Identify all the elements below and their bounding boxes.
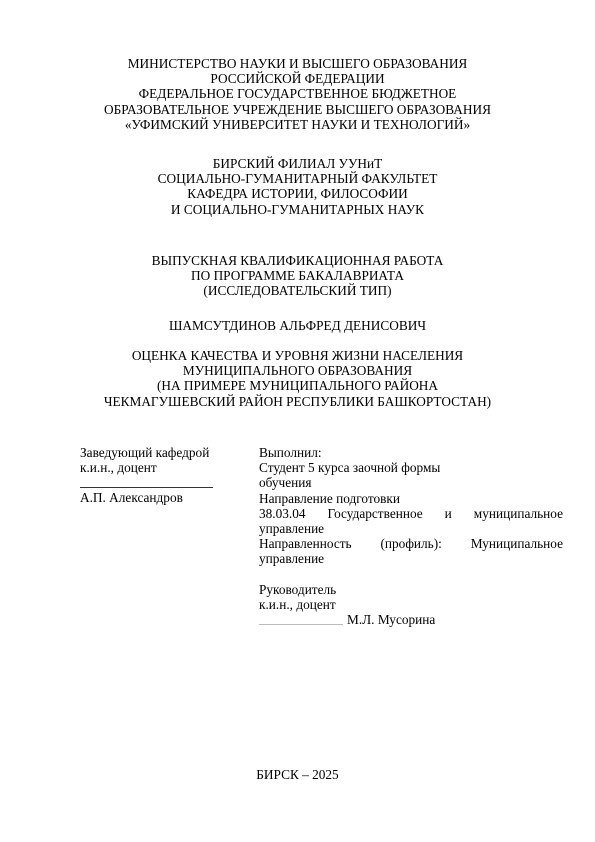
work-type-line: ВЫПУСКНАЯ КВАЛИФИКАЦИОННАЯ РАБОТА	[0, 253, 595, 268]
student-line: обучения	[259, 475, 563, 490]
student-line: Студент 5 курса заочной формы	[259, 460, 563, 475]
header-line: «УФИМСКИЙ УНИВЕРСИТЕТ НАУКИ И ТЕХНОЛОГИЙ…	[0, 117, 595, 132]
work-type-line: (ИССЛЕДОВАТЕЛЬСКИЙ ТИП)	[0, 283, 595, 298]
head-name: А.П. Александров	[80, 490, 240, 505]
performer-label: Выполнил:	[259, 445, 563, 460]
supervisor-label: Руководитель	[259, 582, 563, 597]
branch-line: КАФЕДРА ИСТОРИИ, ФИЛОСОФИИ	[0, 186, 595, 201]
head-degree: к.и.н., доцент	[80, 460, 240, 475]
title-line: МУНИЦИПАЛЬНОГО ОБРАЗОВАНИЯ	[0, 363, 595, 378]
signature-line	[259, 612, 343, 625]
signature-line	[80, 475, 213, 488]
profile-line: управление	[259, 551, 563, 566]
title-line: (НА ПРИМЕРЕ МУНИЦИПАЛЬНОГО РАЙОНА	[0, 378, 595, 393]
branch-line: СОЦИАЛЬНО-ГУМАНИТАРНЫЙ ФАКУЛЬТЕТ	[0, 171, 595, 186]
work-type: ВЫПУСКНАЯ КВАЛИФИКАЦИОННАЯ РАБОТА ПО ПРО…	[0, 253, 595, 299]
city-year: БИРСК – 2025	[0, 767, 595, 783]
direction-label: Направление подготовки	[259, 491, 563, 506]
head-of-department-block: Заведующий кафедрой к.и.н., доцент А.П. …	[80, 445, 240, 506]
branch-line: БИРСКИЙ ФИЛИАЛ УУНиТ	[0, 156, 595, 171]
supervisor-degree: к.и.н., доцент	[259, 597, 563, 612]
work-type-line: ПО ПРОГРАММЕ БАКАЛАВРИАТА	[0, 268, 595, 283]
header-line: ОБРАЗОВАТЕЛЬНОЕ УЧРЕЖДЕНИЕ ВЫСШЕГО ОБРАЗ…	[0, 102, 595, 117]
profile-line: Направленность (профиль): Муниципальное	[259, 536, 563, 551]
performer-block: Выполнил: Студент 5 курса заочной формы …	[259, 445, 563, 627]
direction-line: управление	[259, 521, 563, 536]
supervisor-signature-row: М.Л. Мусорина	[259, 612, 563, 627]
header-line: РОССИЙСКОЙ ФЕДЕРАЦИИ	[0, 71, 595, 86]
thesis-title: ОЦЕНКА КАЧЕСТВА И УРОВНЯ ЖИЗНИ НАСЕЛЕНИЯ…	[0, 348, 595, 409]
title-line: ОЦЕНКА КАЧЕСТВА И УРОВНЯ ЖИЗНИ НАСЕЛЕНИЯ	[0, 348, 595, 363]
header-line: ФЕДЕРАЛЬНОЕ ГОСУДАРСТВЕННОЕ БЮДЖЕТНОЕ	[0, 86, 595, 101]
author-text: ШАМСУТДИНОВ АЛЬФРЕД ДЕНИСОВИЧ	[0, 318, 595, 333]
direction-line: 38.03.04 Государственное и муниципальное	[259, 506, 563, 521]
supervisor-name: М.Л. Мусорина	[347, 612, 435, 627]
title-line: ЧЕКМАГУШЕВСКИЙ РАЙОН РЕСПУБЛИКИ БАШКОРТО…	[0, 394, 595, 409]
author-name: ШАМСУТДИНОВ АЛЬФРЕД ДЕНИСОВИЧ	[0, 318, 595, 333]
ministry-header: МИНИСТЕРСТВО НАУКИ И ВЫСШЕГО ОБРАЗОВАНИЯ…	[0, 56, 595, 132]
header-line: МИНИСТЕРСТВО НАУКИ И ВЫСШЕГО ОБРАЗОВАНИЯ	[0, 56, 595, 71]
branch-header: БИРСКИЙ ФИЛИАЛ УУНиТ СОЦИАЛЬНО-ГУМАНИТАР…	[0, 156, 595, 217]
head-position: Заведующий кафедрой	[80, 445, 240, 460]
branch-line: И СОЦИАЛЬНО-ГУМАНИТАРНЫХ НАУК	[0, 202, 595, 217]
